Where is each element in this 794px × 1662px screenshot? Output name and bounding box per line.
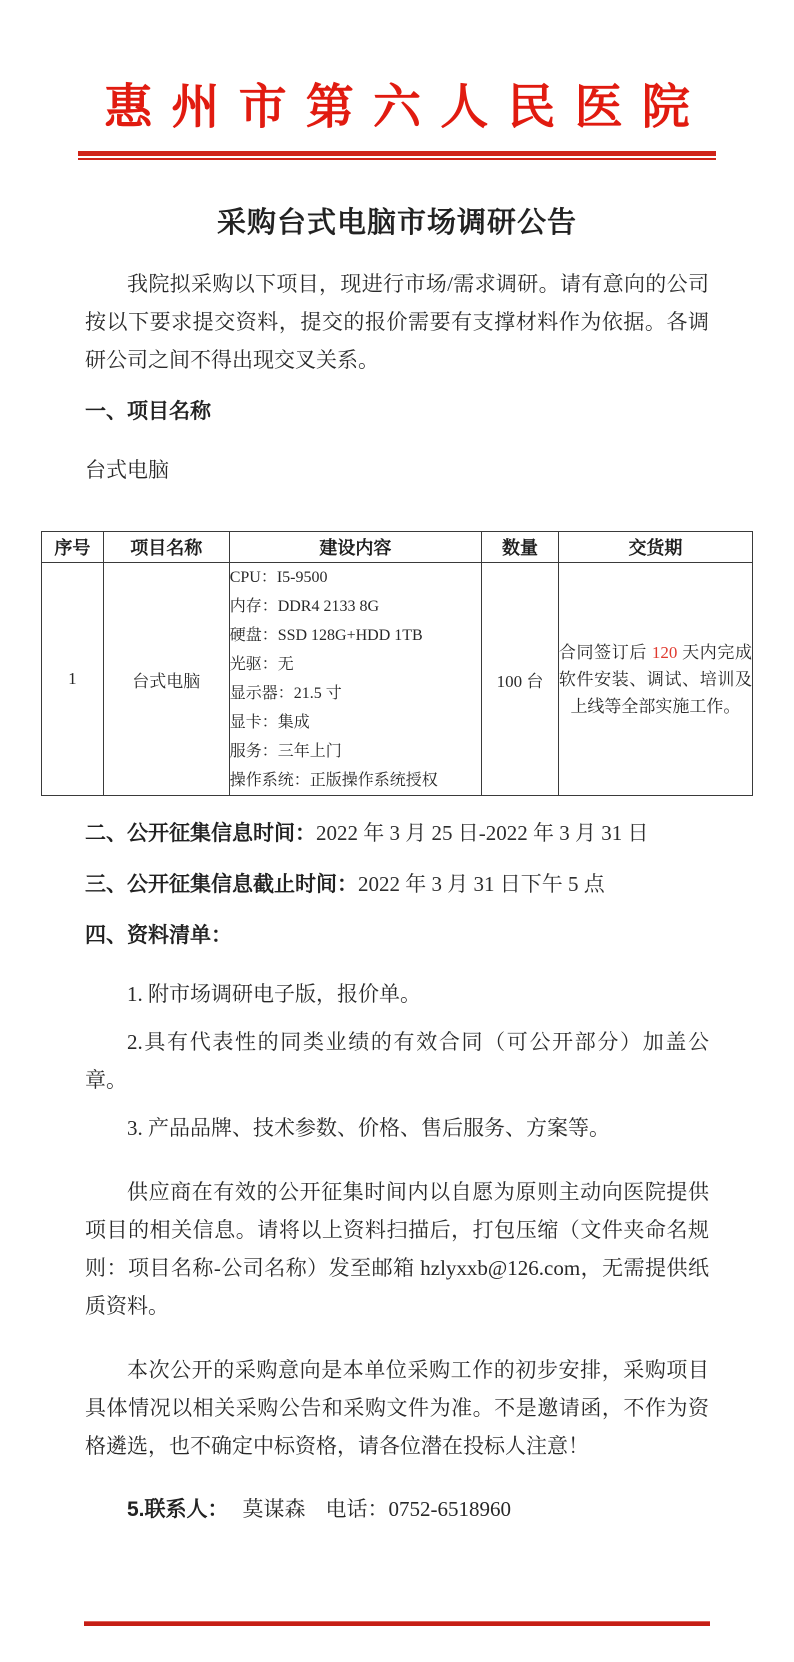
- section-4-line: 四、资料清单：: [85, 922, 709, 949]
- contact-phone: 0752-6518960: [389, 1497, 512, 1521]
- letterhead-rule: [78, 151, 716, 160]
- section-2-line: 二、公开征集信息时间：2022 年 3 月 25 日-2022 年 3 月 31…: [85, 820, 709, 847]
- table-header-row: 序号 项目名称 建设内容 数量 交货期: [42, 532, 753, 563]
- document-page: 惠州市第六人民医院 采购台式电脑市场调研公告 我院拟采购以下项目，现进行市场/需…: [0, 0, 794, 1662]
- project-name-text: 台式电脑: [85, 451, 709, 489]
- header-delivery: 交货期: [558, 532, 752, 563]
- letterhead: 惠州市第六人民医院: [0, 0, 794, 160]
- supplier-paragraph: 供应商在有效的公开征集时间内以自愿为原则主动向医院提供项目的相关信息。请将以上资…: [85, 1173, 709, 1325]
- section-3-line: 三、公开征集信息截止时间：2022 年 3 月 31 日下午 5 点: [85, 871, 709, 898]
- quantity-cell: 100 台: [482, 563, 559, 796]
- serial-cell: 1: [42, 563, 104, 796]
- spec-line-monitor: 显示器：21.5 寸: [230, 679, 481, 708]
- header-project-name: 项目名称: [103, 532, 229, 563]
- spec-line-disk: 硬盘：SSD 128G+HDD 1TB: [230, 621, 481, 650]
- section-2-heading: 二、公开征集信息时间：: [85, 822, 316, 845]
- hospital-name: 惠州市第六人民医院: [0, 80, 794, 135]
- materials-item-1: 1. 附市场调研电子版，报价单。: [85, 975, 709, 1013]
- section-3-value: 2022 年 3 月 31 日下午 5 点: [358, 872, 605, 896]
- materials-item-2: 2.具有代表性的同类业绩的有效合同（可公开部分）加盖公章。: [85, 1023, 709, 1099]
- section-3-heading: 三、公开征集信息截止时间：: [85, 873, 358, 896]
- specs-cell: CPU：I5-9500 内存：DDR4 2133 8G 硬盘：SSD 128G+…: [229, 563, 481, 796]
- table-row: 1 台式电脑 CPU：I5-9500 内存：DDR4 2133 8G 硬盘：SS…: [42, 563, 753, 796]
- intro-paragraph: 我院拟采购以下项目，现进行市场/需求调研。请有意向的公司按以下要求提交资料，提交…: [85, 265, 709, 379]
- delivery-days-highlight: 120: [652, 643, 678, 662]
- spec-line-cpu: CPU：I5-9500: [230, 563, 481, 592]
- contact-label: 5.联系人：: [127, 1498, 229, 1521]
- header-quantity: 数量: [482, 532, 559, 563]
- section-2-value: 2022 年 3 月 25 日-2022 年 3 月 31 日: [316, 821, 649, 845]
- notice-paragraph: 本次公开的采购意向是本单位采购工作的初步安排，采购项目具体情况以相关采购公告和采…: [85, 1351, 709, 1465]
- letterhead-rule-thin: [78, 158, 716, 160]
- section-4-heading: 四、资料清单：: [85, 924, 232, 947]
- spec-line-os: 操作系统：正版操作系统授权: [230, 766, 481, 795]
- footer-rule: [84, 1621, 710, 1626]
- header-serial: 序号: [42, 532, 104, 563]
- document-title: 采购台式电脑市场调研公告: [85, 200, 709, 241]
- contact-line: 5.联系人：莫谋森电话：0752-6518960: [85, 1495, 709, 1524]
- delivery-text-before: 合同签订后: [559, 643, 652, 662]
- spec-line-gpu: 显卡：集成: [230, 708, 481, 737]
- project-name-cell: 台式电脑: [103, 563, 229, 796]
- document-body: 采购台式电脑市场调研公告 我院拟采购以下项目，现进行市场/需求调研。请有意向的公…: [0, 200, 794, 1524]
- contact-name: 莫谋森: [243, 1497, 306, 1521]
- contact-phone-label: 电话：: [326, 1497, 389, 1521]
- delivery-cell: 合同签订后 120 天内完成软件安装、调试、培训及上线等全部实施工作。: [558, 563, 752, 796]
- spec-line-service: 服务：三年上门: [230, 737, 481, 766]
- procurement-table: 序号 项目名称 建设内容 数量 交货期 1 台式电脑 CPU：I5-9500 内…: [41, 531, 753, 796]
- spec-line-memory: 内存：DDR4 2133 8G: [230, 592, 481, 621]
- spec-line-optical: 光驱：无: [230, 650, 481, 679]
- section-1-heading: 一、项目名称: [85, 399, 709, 425]
- materials-item-3: 3. 产品品牌、技术参数、价格、售后服务、方案等。: [85, 1109, 709, 1147]
- header-build-content: 建设内容: [229, 532, 481, 563]
